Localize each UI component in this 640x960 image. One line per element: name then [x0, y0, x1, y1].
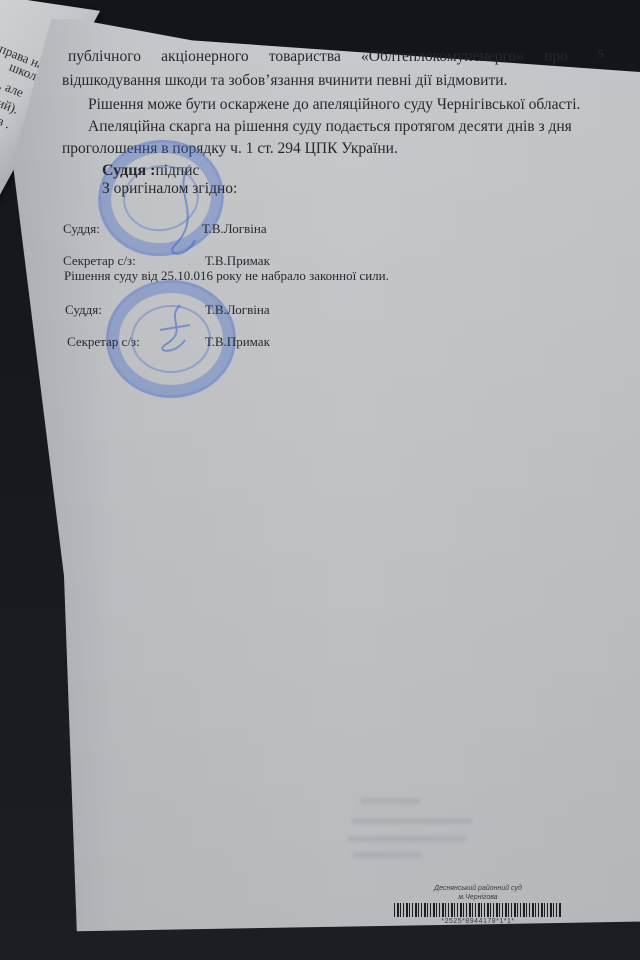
secretary-name-2: Т.В.Примак: [205, 334, 270, 350]
show-through-text: [352, 852, 422, 858]
barcode-label: Деснянський районний суд м.Чернігова *25…: [394, 884, 562, 925]
show-through-text: [360, 798, 420, 804]
paragraph-line-1: публічного акціонерного товариства «Облт…: [68, 48, 568, 66]
barcode: [394, 903, 562, 917]
judge-label-bold: Судця :: [102, 162, 155, 179]
show-through-text: [352, 818, 472, 824]
signature-mark: [145, 300, 205, 360]
secretary-name: Т.В.Примак: [205, 253, 270, 269]
paragraph-line-5: проголошення в порядку ч. 1 ст. 294 ЦПК …: [62, 140, 398, 158]
barcode-city: м.Чернігова: [394, 893, 562, 902]
paragraph-line-3: Рішення може бути оскаржене до апеляційн…: [88, 96, 580, 114]
paragraph-line-4: Апеляційна скарга на рішення суду подаєт…: [88, 118, 572, 136]
judge-name: Т.В.Логвіна: [202, 221, 267, 237]
secretary-label: Секретар с/з:: [63, 253, 136, 269]
certified-copy: З оригіналом згідно:: [102, 180, 237, 198]
judge-label-2: Суддя:: [65, 302, 102, 318]
judge-signed-line: Судця :підпис: [102, 162, 199, 180]
show-through-text: [348, 836, 466, 842]
barcode-court: Деснянський районний суд: [394, 884, 562, 893]
paragraph-line-2: відшкодування шкоди та зобов’язання вчин…: [62, 72, 507, 90]
decision-status: Рішення суду від 25.10.016 року не набра…: [64, 268, 389, 284]
judge-label: Суддя:: [63, 221, 100, 237]
secretary-label-2: Секретар с/з:: [67, 334, 140, 350]
judge-signed: підпис: [155, 162, 199, 179]
judge-name-2: Т.В.Логвіна: [205, 302, 270, 318]
barcode-code: *2525*8944178*1*1*: [394, 918, 562, 925]
page-number: 5: [598, 48, 604, 60]
